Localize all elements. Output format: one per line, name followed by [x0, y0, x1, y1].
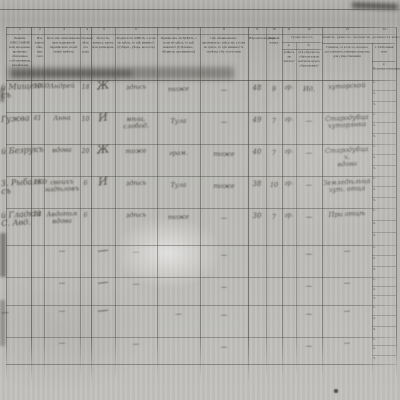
cell-family-member: Анна — [44, 114, 80, 122]
column-number: 1 — [12, 27, 28, 34]
cell-residence: — — [200, 284, 248, 291]
cell-side-occupation: 1. 2. 3. — [372, 208, 396, 245]
cell-family-member: Авдотьявдова — [44, 210, 80, 225]
side-sub-cell-1: 1. — [372, 80, 396, 91]
column-number: 4 — [79, 27, 95, 34]
scanned-census-sheet: 1 2 3 4 5 6 7 8 9 10 11 12 13 14 Бывшіе … — [0, 0, 400, 400]
cell-residence: тоже — [200, 183, 248, 190]
cell-registered — [157, 342, 200, 344]
cell-occupation: Земледѣльцахут. отца — [322, 178, 373, 194]
cell-literacy-a: гр. — [282, 116, 297, 124]
column-header: Родился ли ЗДѢСЬ, а если не здѣсь, то гд… — [116, 36, 156, 63]
side-sub-cell-1: 1. — [372, 176, 396, 187]
side-sub-cell-3: 3. — [372, 267, 396, 277]
cell-literacy-b: — — [296, 343, 322, 350]
cell-occupation: хуторской — [322, 82, 372, 91]
cell-marital-flourish: — — [90, 276, 115, 290]
column-number: 12 — [301, 27, 317, 34]
cell-side-occupation: 1. 2. 3. — [372, 245, 396, 277]
column-number: 6 — [128, 27, 144, 34]
table-row: й Безрукъ вдова 20 Ж тоже грам. тоже 40 … — [0, 144, 400, 176]
cell-family-member: — — [44, 339, 80, 347]
side-sub-cell-2: 2. — [372, 123, 396, 134]
cell-age2: 7 — [266, 214, 282, 221]
side-sub-cell-2: 2. — [372, 187, 396, 198]
side-sub-cell-2: 2. — [372, 316, 396, 327]
cell-age: 48 — [248, 85, 266, 92]
cell-literacy-a: гр. — [282, 212, 297, 220]
column-header: Гдѣ обыкновенно проживаетъ: здѣсь ли, а … — [201, 36, 246, 72]
side-sub-cell-3: 3. — [372, 296, 396, 305]
cell-family-member: своихънадѣловъ — [44, 178, 80, 193]
cell-age: 40 — [248, 149, 266, 156]
cell-registered: грам. — [157, 149, 200, 157]
cell-side-occupation: 1. 2. 3. — [372, 176, 396, 208]
cell-birthplace — [115, 308, 157, 316]
cell-literacy-a: гр. — [282, 180, 297, 188]
column-header: Вѣроисповѣданіе — [249, 36, 265, 45]
cell-residence: тоже — [200, 151, 248, 158]
column-number: 13 — [339, 27, 355, 34]
cell-age: 38 — [248, 181, 266, 188]
cell-literacy-b: Ид. — [296, 86, 322, 93]
cell-society-no: 16 — [31, 180, 44, 186]
side-sub-cell-1: 1. — [372, 112, 396, 123]
column-number: 3 — [56, 27, 72, 34]
cell-birthplace: — — [115, 248, 157, 256]
cell-age: 49 — [248, 117, 266, 124]
cell-side-occupation: 1. 2. 3. — [372, 337, 396, 364]
side-sub-cell-1: 1. — [372, 245, 396, 256]
table-row: й Мищенкосъ 10 Андрей 18 Ж здѣсь тоже — … — [0, 80, 400, 112]
cell-registered — [157, 250, 200, 252]
cell-registered: Тула — [157, 181, 200, 189]
side-sub-cell-2: 2. — [372, 346, 396, 355]
cell-birthplace: здѣсь — [115, 179, 157, 187]
side-sub-cell-3: 3. — [372, 166, 396, 176]
cell-family-member: — — [44, 279, 80, 287]
cell-side-occupation: 1. 2. 3. — [372, 144, 396, 176]
side-sub-cell-2: 2. — [372, 155, 396, 166]
cell-age-small: 10 — [80, 117, 91, 123]
side-sub-cell-2: 2. — [372, 221, 396, 234]
cell-family-member: — — [44, 247, 80, 255]
table-row: З. Рыбалкосъ 16 своихънадѣловъ 6 И здѣсь… — [0, 176, 400, 208]
cell-residence: — — [200, 252, 248, 259]
column-header: Сколько лѣтъ отъ роду — [81, 36, 90, 72]
cell-residence: — — [200, 215, 248, 222]
cell-literacy-b: — — [296, 182, 322, 189]
cell-occupation: — — [322, 307, 372, 316]
cell-literacy-a: гр. — [282, 84, 297, 92]
occupation-side-2: 2. Вспомогательныя — [373, 62, 395, 80]
cell-occupation: Стародубца х.вдова — [321, 146, 372, 169]
cell-occupation: При отцѣ — [322, 210, 372, 219]
table-row: — — — — — — 1. 2. 3. — [0, 245, 400, 277]
column-header: Приписанъ ли ЗДѢСЬ, а если не здѣсь, то … — [158, 36, 199, 72]
column-number: 5 — [96, 27, 112, 34]
side-sub-cell-3: 3. — [372, 102, 396, 112]
occupation-main-text: Главное, то есть то, которое доставляетъ… — [323, 45, 371, 72]
side-sub-cell-1: 1. — [372, 337, 396, 346]
cell-occupation: — — [322, 247, 372, 256]
cell-birthplace: мѣщ.слобод. — [115, 115, 157, 130]
cell-age2: 10 — [266, 182, 282, 189]
cell-residence: — — [200, 87, 248, 94]
cell-registered: — — [157, 310, 200, 318]
cell-occupation: Стародубцахуторянка — [322, 114, 373, 130]
column-header: Родной языкъ — [267, 36, 281, 54]
cell-age-small: 20 — [80, 149, 91, 155]
cell-registered: тоже — [157, 213, 200, 221]
side-sub-cell-2: 2. — [372, 91, 396, 102]
side-sub-cell-2: 2. — [372, 256, 396, 267]
table-row: — — — — — 1. 2. 3. — [0, 337, 400, 364]
cell-birthplace: здѣсь — [115, 83, 157, 91]
column-header: Кого изъ записанныхъ при подворной переп… — [46, 36, 81, 72]
literacy-sub-a-text: умѣетъ ли читать? — [282, 50, 296, 77]
cell-literacy-b: — — [296, 311, 322, 318]
cell-literacy-a — [282, 341, 296, 343]
cell-registered — [157, 282, 200, 284]
cell-birthplace: — — [115, 340, 157, 348]
occupation-side-1: 1. Побочныя или — [373, 45, 395, 63]
cell-occupation: — — [322, 339, 372, 348]
cell-side-occupation: 1. 2. 3. — [372, 305, 396, 337]
column-number: 8 — [216, 27, 232, 34]
cell-side-occupation: 1. 2. 3. — [372, 80, 396, 112]
cell-marital-flourish: — — [90, 244, 115, 258]
cell-residence: — — [200, 344, 248, 351]
column-header: Изъ какого общ. или села — [34, 36, 45, 81]
column-number: 11 — [281, 27, 297, 34]
cell-marital-flourish: Ж — [90, 143, 115, 157]
column-number: 2 — [32, 27, 48, 34]
column-number: 7 — [170, 27, 186, 34]
cell-family-member: — — [44, 307, 80, 315]
side-sub-cell-1: 1. — [372, 208, 396, 221]
table-row: й ГладкійС. Авд. 18 Авдотьявдова 6 здѣсь… — [0, 208, 400, 245]
cell-birthplace: тоже — [115, 147, 157, 155]
cell-side-occupation: 1. 2. 3. — [372, 112, 396, 144]
cell-literacy-b: — — [296, 283, 322, 290]
table-row: Гужва 41 Анна 10 И мѣщ.слобод. Тула — 49… — [0, 112, 400, 144]
side-sub-cell-3: 3. — [372, 134, 396, 144]
cell-marital-flourish: И — [90, 175, 115, 189]
cell-literacy-a — [282, 281, 296, 283]
occupation-header-title: Занятіе, ремесло, промыслъ, должность ил… — [322, 35, 396, 44]
side-sub-cell-3: 3. — [372, 198, 396, 208]
side-sub-cell-3: 3. — [372, 327, 396, 337]
side-sub-cell-1: 1. — [372, 144, 396, 155]
table-row: — — — — — — — 1. 2. 3. — [0, 305, 400, 337]
column-number: 10 — [266, 27, 282, 34]
cell-age2: 9 — [266, 86, 282, 93]
cell-family-member: вдова — [44, 146, 80, 154]
column-header: Холостъ, женатъ, вдовъ или разведенъ — [92, 36, 114, 63]
table-row: — — — — — — 1. 2. 3. — [0, 277, 400, 305]
cell-literacy-b: — — [296, 150, 322, 157]
side-sub-cell-3: 3. — [372, 233, 396, 245]
cell-age2: 7 — [266, 150, 282, 157]
cell-side-occupation: 1. 2. 3. — [372, 277, 396, 305]
cell-birthplace: здѣсь — [115, 211, 157, 219]
side-sub-cell-3: 3. — [372, 356, 396, 364]
cell-literacy-a — [282, 309, 296, 311]
cell-birthplace: — — [115, 280, 157, 288]
side-sub-cell-1: 1. — [372, 305, 396, 316]
cell-residence: — — [200, 119, 248, 126]
side-sub-cell-2: 2. — [372, 287, 396, 297]
column-number: 14 — [376, 27, 392, 34]
cell-marital-flourish: — — [90, 304, 115, 318]
cell-family-member: Андрей — [44, 82, 80, 90]
cell-age-small: 18 — [80, 85, 91, 91]
cell-society-no: 18 — [31, 212, 44, 218]
cell-registered: Тула — [157, 117, 200, 125]
cell-society-no: 10 — [31, 84, 44, 90]
cell-literacy-b: — — [296, 214, 322, 221]
cell-literacy-b: — — [296, 251, 322, 258]
cell-age-small: 6 — [80, 213, 91, 219]
column-number: 9 — [249, 27, 265, 34]
cell-literacy-b: — — [296, 118, 322, 125]
cell-marital-flourish: Ж — [90, 79, 115, 93]
cell-marital-flourish — [91, 336, 115, 339]
cell-residence: — — [200, 312, 248, 319]
cell-age: 30 — [248, 213, 266, 220]
cell-age-small: 6 — [80, 181, 91, 187]
cell-marital-flourish: И — [90, 111, 115, 125]
cell-literacy-a: гр. — [282, 148, 297, 156]
cell-age2: 7 — [266, 118, 282, 125]
side-sub-cell-1: 1. — [372, 277, 396, 287]
cell-society-no: 41 — [31, 116, 44, 122]
cell-marital-flourish — [91, 207, 115, 210]
cell-literacy-a — [282, 249, 296, 251]
cell-occupation: — — [322, 279, 372, 288]
cell-registered: тоже — [157, 85, 200, 93]
